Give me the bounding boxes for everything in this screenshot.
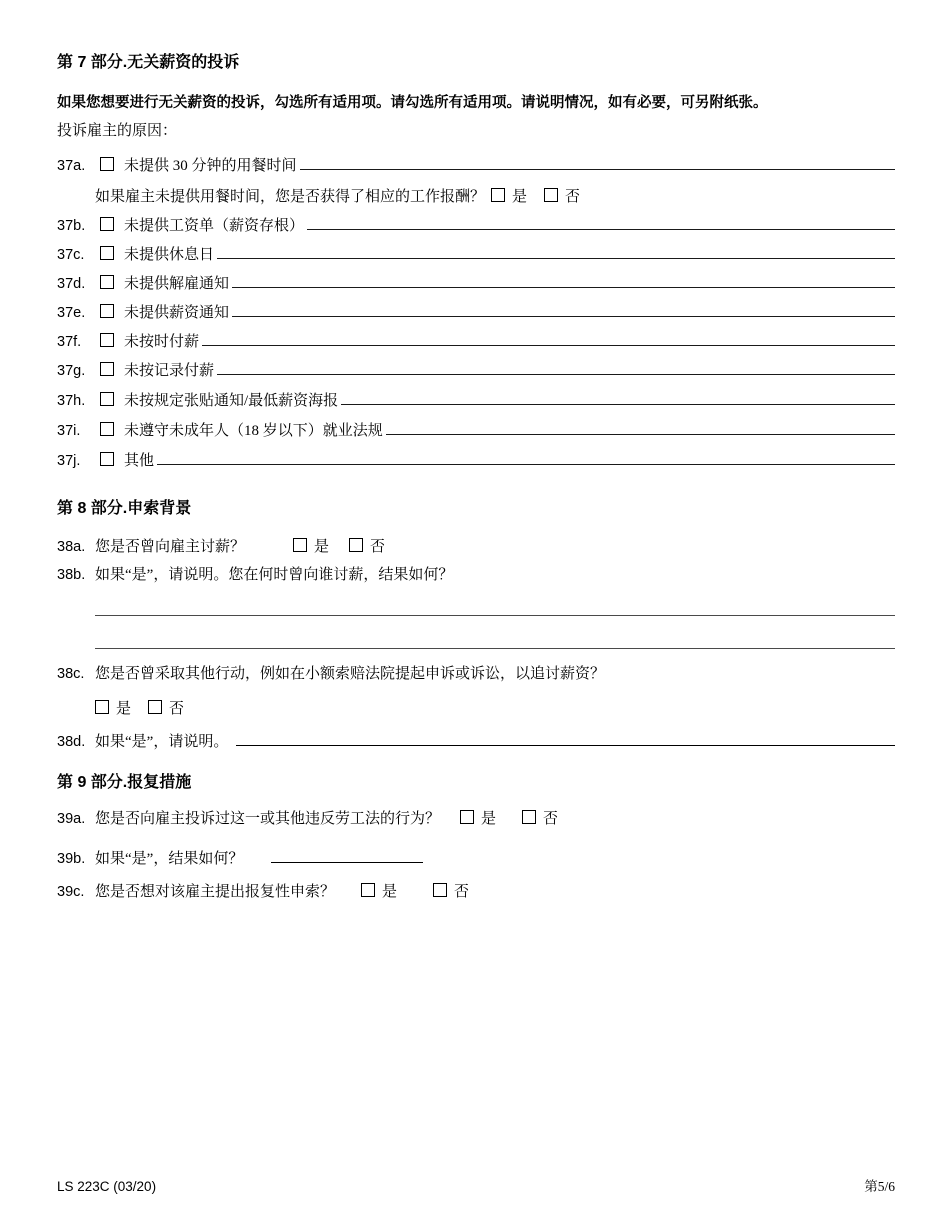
- write-line-37g[interactable]: [217, 374, 895, 375]
- question-text-38d: 如果“是”，请说明。: [95, 733, 228, 752]
- checkbox-39a-yes[interactable]: [460, 810, 474, 824]
- write-line-37i[interactable]: [386, 434, 895, 435]
- checkbox-37j[interactable]: [100, 452, 114, 466]
- checkbox-37f[interactable]: [100, 333, 114, 347]
- item-number-37j: 37j.: [57, 452, 100, 471]
- form-item-37a-followup: 如果雇主未提供用餐时间，您是否获得了相应的工作报酬？ 是 否: [95, 187, 895, 207]
- item-number-37i: 37i.: [57, 422, 100, 441]
- question-39a: 39a. 您是否向雇主投诉过这一或其他违反劳工法的行为？ 是 否: [57, 809, 895, 829]
- question-38a: 38a. 您是否曾向雇主讨薪？ 是 否: [57, 537, 895, 557]
- label-39a-yes: 是: [481, 810, 496, 829]
- form-item-37h: 37h. 未按规定张贴通知/最低薪资海报: [57, 391, 895, 411]
- checkbox-37e[interactable]: [100, 304, 114, 318]
- checkbox-38a-yes[interactable]: [293, 538, 307, 552]
- checkbox-38a-no[interactable]: [349, 538, 363, 552]
- label-39c-no: 否: [454, 883, 469, 902]
- checkbox-38c-no[interactable]: [148, 700, 162, 714]
- label-38c-no: 否: [169, 700, 184, 719]
- item-label-37f: 未按时付薪: [124, 333, 199, 352]
- item-number-37d: 37d.: [57, 275, 100, 294]
- question-number-38c: 38c.: [57, 665, 95, 684]
- question-text-39b: 如果“是”，结果如何？: [95, 850, 243, 869]
- form-item-37e: 37e. 未提供薪资通知: [57, 303, 895, 323]
- question-38b: 38b. 如果“是”，请说明。您在何时曾向谁讨薪，结果如何？: [57, 566, 895, 585]
- checkbox-37i[interactable]: [100, 422, 114, 436]
- answer-line-38d[interactable]: [236, 745, 895, 746]
- question-number-38a: 38a.: [57, 538, 95, 557]
- label-37a-followup-yes: 是: [512, 188, 527, 207]
- question-38c-options: 是 否: [95, 699, 895, 719]
- question-number-38d: 38d.: [57, 733, 95, 752]
- checkbox-37a-followup-no[interactable]: [544, 188, 558, 202]
- write-line-37e[interactable]: [232, 316, 895, 317]
- form-item-37i: 37i. 未遵守未成年人（18 岁以下）就业法规: [57, 421, 895, 441]
- question-38c: 38c. 您是否曾采取其他行动，例如在小额索赔法院提起申诉或诉讼，以追讨薪资？: [57, 665, 895, 684]
- form-item-37b: 37b. 未提供工资单（薪资存根）: [57, 216, 895, 236]
- item-label-37a: 未提供 30 分钟的用餐时间: [124, 157, 297, 176]
- write-line-37j[interactable]: [157, 464, 895, 465]
- item-label-37c: 未提供休息日: [124, 246, 214, 265]
- item-number-37g: 37g.: [57, 362, 100, 381]
- answer-line-38b-1[interactable]: [95, 615, 895, 616]
- checkbox-39c-no[interactable]: [433, 883, 447, 897]
- question-39b: 39b. 如果“是”，结果如何？: [57, 850, 895, 869]
- checkbox-37a[interactable]: [100, 157, 114, 171]
- item-label-37h: 未按规定张贴通知/最低薪资海报: [124, 392, 338, 411]
- checkbox-39a-no[interactable]: [522, 810, 536, 824]
- checkbox-37a-followup-yes[interactable]: [491, 188, 505, 202]
- section9-title: 第 9 部分.报复措施: [57, 773, 191, 793]
- checkbox-37c[interactable]: [100, 246, 114, 260]
- form-item-37a: 37a. 未提供 30 分钟的用餐时间: [57, 156, 895, 176]
- section7-title: 第 7 部分.无关薪资的投诉: [57, 53, 239, 73]
- question-text-39a: 您是否向雇主投诉过这一或其他违反劳工法的行为？: [95, 810, 440, 829]
- answer-line-39b[interactable]: [271, 862, 423, 863]
- question-38d: 38d. 如果“是”，请说明。: [57, 733, 895, 752]
- write-line-37d[interactable]: [232, 287, 895, 288]
- checkbox-39c-yes[interactable]: [361, 883, 375, 897]
- question-text-38b: 如果“是”，请说明。您在何时曾向谁讨薪，结果如何？: [95, 566, 453, 585]
- item-number-37f: 37f.: [57, 333, 100, 352]
- reason-label-row: 投诉雇主的原因：: [57, 122, 895, 141]
- item-label-37e: 未提供薪资通知: [124, 304, 229, 323]
- item-number-37c: 37c.: [57, 246, 100, 265]
- item-label-37d: 未提供解雇通知: [124, 275, 229, 294]
- section7-instruction: 如果您想要进行无关薪资的投诉，勾选所有适用项。请勾选所有适用项。请说明情况，如有…: [57, 94, 895, 113]
- item-number-37a: 37a.: [57, 157, 100, 176]
- question-number-39b: 39b.: [57, 850, 95, 869]
- checkbox-37d[interactable]: [100, 275, 114, 289]
- item-number-37b: 37b.: [57, 217, 100, 236]
- form-item-37d: 37d. 未提供解雇通知: [57, 274, 895, 294]
- form-page: 第 7 部分.无关薪资的投诉 如果您想要进行无关薪资的投诉，勾选所有适用项。请勾…: [0, 0, 950, 1230]
- form-item-37c: 37c. 未提供休息日: [57, 245, 895, 265]
- question-number-39c: 39c.: [57, 883, 95, 902]
- label-38a-yes: 是: [314, 538, 329, 557]
- form-item-37j: 37j. 其他: [57, 451, 895, 471]
- checkbox-37g[interactable]: [100, 362, 114, 376]
- label-38a-no: 否: [370, 538, 385, 557]
- checkbox-37h[interactable]: [100, 392, 114, 406]
- label-39a-no: 否: [543, 810, 558, 829]
- reason-label: 投诉雇主的原因：: [57, 122, 177, 141]
- write-line-37h[interactable]: [341, 404, 895, 405]
- question-number-39a: 39a.: [57, 810, 95, 829]
- write-line-37f[interactable]: [202, 345, 895, 346]
- section8-title: 第 8 部分.申索背景: [57, 499, 191, 519]
- form-item-37f: 37f. 未按时付薪: [57, 332, 895, 352]
- answer-line-38b-2[interactable]: [95, 648, 895, 649]
- followup-37a-question: 如果雇主未提供用餐时间，您是否获得了相应的工作报酬？: [95, 188, 485, 207]
- item-number-37e: 37e.: [57, 304, 100, 323]
- checkbox-38c-yes[interactable]: [95, 700, 109, 714]
- question-text-38c: 您是否曾采取其他行动，例如在小额索赔法院提起申诉或诉讼，以追讨薪资？: [95, 665, 605, 684]
- label-39c-yes: 是: [382, 883, 397, 902]
- write-line-37a[interactable]: [300, 169, 895, 170]
- item-number-37h: 37h.: [57, 392, 100, 411]
- page-footer: LS 223C (03/20) 第5/6: [57, 1178, 895, 1195]
- item-label-37j: 其他: [124, 452, 154, 471]
- item-label-37b: 未提供工资单（薪资存根）: [124, 217, 304, 236]
- label-38c-yes: 是: [116, 700, 131, 719]
- question-text-39c: 您是否想对该雇主提出报复性申索？: [95, 883, 335, 902]
- item-label-37g: 未按记录付薪: [124, 362, 214, 381]
- question-39c: 39c. 您是否想对该雇主提出报复性申索？ 是 否: [57, 882, 895, 902]
- item-label-37i: 未遵守未成年人（18 岁以下）就业法规: [124, 422, 383, 441]
- form-item-37g: 37g. 未按记录付薪: [57, 361, 895, 381]
- page-number: 第5/6: [864, 1178, 895, 1195]
- checkbox-37b[interactable]: [100, 217, 114, 231]
- write-line-37b[interactable]: [307, 229, 895, 230]
- write-line-37c[interactable]: [217, 258, 895, 259]
- label-37a-followup-no: 否: [565, 188, 580, 207]
- form-number: LS 223C (03/20): [57, 1178, 156, 1195]
- question-number-38b: 38b.: [57, 566, 95, 585]
- question-text-38a: 您是否曾向雇主讨薪？: [95, 538, 245, 557]
